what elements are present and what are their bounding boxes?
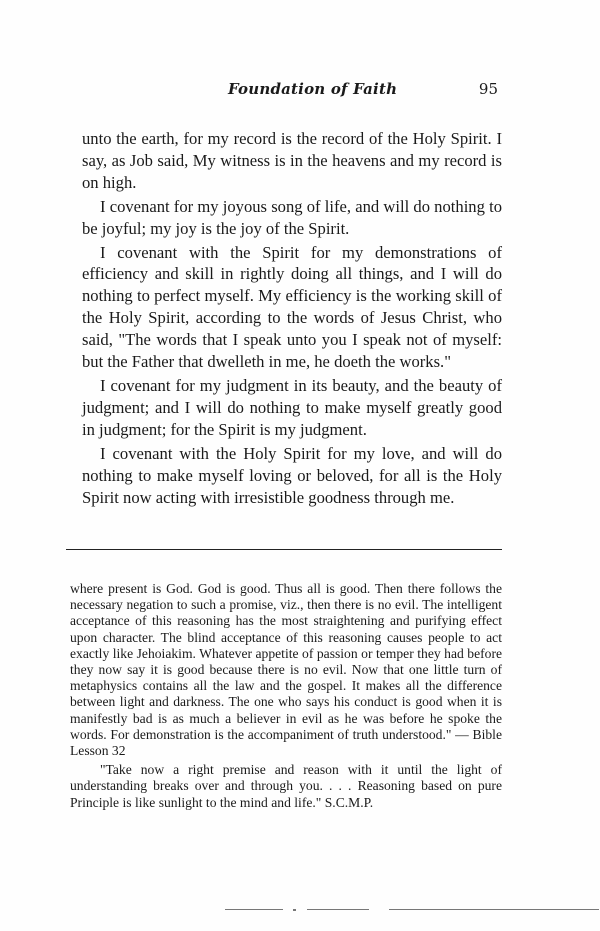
scan-line [225, 909, 283, 910]
scan-artifact-lines [225, 909, 600, 912]
footnote-divider [66, 549, 502, 550]
book-page: Foundation of Faith 95 unto the earth, f… [0, 0, 600, 931]
paragraph: I covenant with the Holy Spirit for my l… [82, 443, 502, 509]
scan-line [307, 909, 369, 910]
running-title: Foundation of Faith [228, 80, 397, 98]
paragraph: unto the earth, for my record is the rec… [82, 128, 502, 194]
scan-dot [293, 909, 296, 911]
footnote-paragraph: where present is God. God is good. Thus … [70, 581, 502, 759]
scan-line [389, 909, 599, 910]
main-text: unto the earth, for my record is the rec… [82, 128, 502, 508]
paragraph: I covenant for my judgment in its beauty… [82, 375, 502, 441]
page-header: Foundation of Faith 95 [228, 80, 498, 104]
paragraph: I covenant with the Spirit for my demons… [82, 242, 502, 373]
page-number: 95 [479, 80, 498, 98]
footnote-paragraph: "Take now a right premise and reason wit… [70, 762, 502, 811]
footnote: where present is God. God is good. Thus … [70, 581, 502, 811]
paragraph: I covenant for my joyous song of life, a… [82, 196, 502, 240]
